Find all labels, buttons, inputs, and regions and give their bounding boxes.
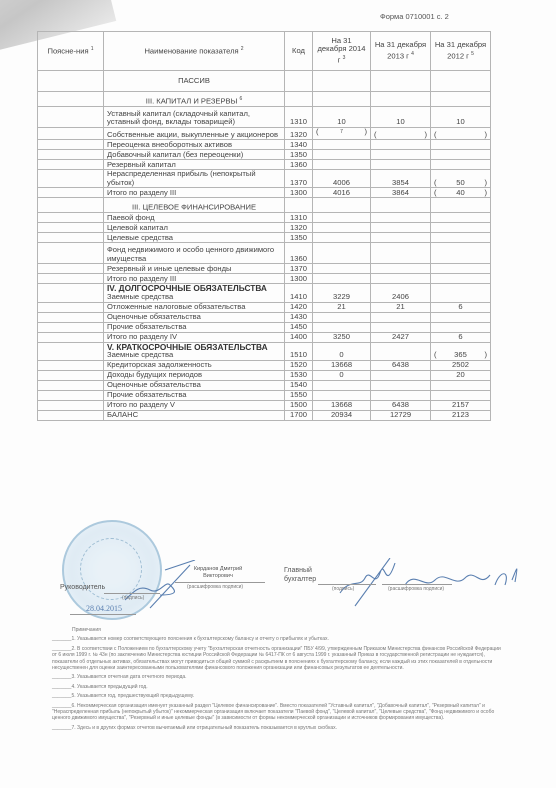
- value-2012: [431, 213, 491, 223]
- note-cell: [38, 400, 104, 410]
- value-2012: 20: [431, 370, 491, 380]
- row-label: Итого по разделу V: [104, 400, 285, 410]
- row-label: Резервный капитал: [104, 160, 285, 170]
- section-heading: III. КАПИТАЛ И РЕЗЕРВЫ 6: [104, 92, 285, 107]
- table-row: Резервный капитал1360: [38, 160, 491, 170]
- note-cell: [38, 302, 104, 312]
- row-code: 1520: [285, 360, 313, 370]
- value-2014: 10: [313, 107, 371, 128]
- value-2013: [371, 380, 431, 390]
- row-label: Итого по разделу IV: [104, 332, 285, 342]
- header-note: Поясне-ния 1: [38, 32, 104, 71]
- value-2012: 2157: [431, 400, 491, 410]
- value-2012: [431, 150, 491, 160]
- empty-cell: [313, 198, 371, 213]
- value-2012: [431, 284, 491, 302]
- value-2014: [313, 140, 371, 150]
- value-2013: [371, 243, 431, 264]
- footnotes: Примечания _______1. Указывается номер с…: [52, 627, 502, 734]
- note-cell: [38, 140, 104, 150]
- empty-cell: [371, 198, 431, 213]
- value-2014: [313, 160, 371, 170]
- footnote-item: _______3. Указывается отчетная дата отче…: [52, 674, 502, 680]
- note-cell: [38, 71, 104, 92]
- empty-cell: [285, 92, 313, 107]
- note-cell: [38, 274, 104, 284]
- header-2012: На 31 декабря 2012 г 5: [431, 32, 491, 71]
- note-cell: [38, 390, 104, 400]
- section-heading-with-item: V. КРАТКОСРОЧНЫЕ ОБЯЗАТЕЛЬСТВАЗаемные ср…: [104, 342, 285, 360]
- note-cell: [38, 380, 104, 390]
- row-code: 1420: [285, 302, 313, 312]
- row-label: Итого по разделу III: [104, 274, 285, 284]
- value-2013: 2427: [371, 332, 431, 342]
- empty-cell: [285, 198, 313, 213]
- value-2012: [431, 223, 491, 233]
- value-2012: [431, 233, 491, 243]
- note-cell: [38, 188, 104, 198]
- row-code: 1320: [285, 128, 313, 140]
- table-row: Отложенные налоговые обязательства142021…: [38, 302, 491, 312]
- note-cell: [38, 107, 104, 128]
- row-code: 1370: [285, 170, 313, 188]
- value-2014: [313, 150, 371, 160]
- value-2012: [431, 390, 491, 400]
- value-2013: [371, 322, 431, 332]
- value-2014: 4016: [313, 188, 371, 198]
- section-heading-with-item: IV. ДОЛГОСРОЧНЫЕ ОБЯЗАТЕЛЬСТВАЗаемные ср…: [104, 284, 285, 302]
- row-label: Прочие обязательства: [104, 322, 285, 332]
- note-cell: [38, 128, 104, 140]
- header-2013: На 31 декабря 2013 г 4: [371, 32, 431, 71]
- row-code: 1400: [285, 332, 313, 342]
- value-2014: 21: [313, 302, 371, 312]
- value-2013: 6438: [371, 400, 431, 410]
- value-2012: [431, 264, 491, 274]
- value-2014: [313, 380, 371, 390]
- note-cell: [38, 370, 104, 380]
- header-name: Наименование показателя 2: [104, 32, 285, 71]
- chief-sign-line: [318, 584, 376, 585]
- date-line: [70, 614, 136, 615]
- table-row: Целевые средства1350: [38, 233, 491, 243]
- value-2012: (): [431, 128, 491, 140]
- value-2014: [313, 233, 371, 243]
- note-cell: [38, 284, 104, 302]
- value-2012: [431, 160, 491, 170]
- value-2014: [313, 390, 371, 400]
- empty-cell: [431, 198, 491, 213]
- row-code: 1530: [285, 370, 313, 380]
- row-code: 1410: [285, 284, 313, 302]
- value-2013: (): [371, 128, 431, 140]
- value-2014: (7): [313, 128, 371, 140]
- row-code: 1310: [285, 213, 313, 223]
- value-2012: [431, 274, 491, 284]
- value-2012: 6: [431, 302, 491, 312]
- table-row: Собственные акции, выкупленные у акционе…: [38, 128, 491, 140]
- value-2014: 13668: [313, 400, 371, 410]
- note-cell: [38, 198, 104, 213]
- table-row: Прочие обязательства1450: [38, 322, 491, 332]
- value-2013: 2406: [371, 284, 431, 302]
- footnote-item: _______2. В соответствии с Положением по…: [52, 646, 502, 672]
- table-row: Доходы будущих периодов1530020: [38, 370, 491, 380]
- row-code: 1540: [285, 380, 313, 390]
- table-row: Оценочные обязательства1430: [38, 312, 491, 322]
- row-label: Оценочные обязательства: [104, 312, 285, 322]
- header-2014: На 31 декабря 2014 г 3: [313, 32, 371, 71]
- footnotes-title: Примечания: [72, 627, 502, 633]
- note-cell: [38, 160, 104, 170]
- table-row: БАЛАНС170020934127292123: [38, 410, 491, 420]
- value-2014: 20934: [313, 410, 371, 420]
- row-label: Кредиторская задолженность: [104, 360, 285, 370]
- section-heading: III. ЦЕЛЕВОЕ ФИНАНСИРОВАНИЕ: [104, 198, 285, 213]
- table-row: Итого по разделу IV1400325024276: [38, 332, 491, 342]
- value-2014: [313, 264, 371, 274]
- value-2013: 12729: [371, 410, 431, 420]
- row-label: Целевой капитал: [104, 223, 285, 233]
- row-code: 1370: [285, 264, 313, 274]
- table-row: III. КАПИТАЛ И РЕЗЕРВЫ 6: [38, 92, 491, 107]
- row-label: Итого по разделу III: [104, 188, 285, 198]
- note-cell: [38, 342, 104, 360]
- row-label: Доходы будущих периодов: [104, 370, 285, 380]
- value-2013: [371, 390, 431, 400]
- head-label: Руководитель: [60, 584, 105, 591]
- note-cell: [38, 312, 104, 322]
- table-row: Резервный и иные целевые фонды1370: [38, 264, 491, 274]
- table-row: Кредиторская задолженность15201366864382…: [38, 360, 491, 370]
- value-2013: 3864: [371, 188, 431, 198]
- table-row: Фонд недвижимого и особо ценного движимо…: [38, 243, 491, 264]
- balance-sheet-table: Поясне-ния 1 Наименование показателя 2 К…: [37, 31, 491, 421]
- table-row: Целевой капитал1320: [38, 223, 491, 233]
- table-row: Итого по разделу III1300: [38, 274, 491, 284]
- value-2014: [313, 274, 371, 284]
- footnote-item: _______5. Указывается год, предшествующи…: [52, 693, 502, 699]
- value-2012: 6: [431, 332, 491, 342]
- value-2013: [371, 264, 431, 274]
- table-row: Уставный капитал (складочный капитал, ус…: [38, 107, 491, 128]
- value-2012: [431, 312, 491, 322]
- head-name-line: [175, 582, 265, 583]
- value-2014: 13668: [313, 360, 371, 370]
- note-cell: [38, 264, 104, 274]
- empty-cell: [313, 92, 371, 107]
- note-cell: [38, 170, 104, 188]
- note-cell: [38, 243, 104, 264]
- table-header-row: Поясне-ния 1 Наименование показателя 2 К…: [38, 32, 491, 71]
- note-cell: [38, 150, 104, 160]
- footnote-item: _______6. Некоммерческая организация име…: [52, 703, 502, 722]
- table-row: Итого по разделу V15001366864382157: [38, 400, 491, 410]
- row-label: Отложенные налоговые обязательства: [104, 302, 285, 312]
- value-2013: [371, 312, 431, 322]
- row-code: 1550: [285, 390, 313, 400]
- section-title-row: ПАССИВ: [38, 71, 491, 92]
- chief-sign-caption: (подпись): [332, 586, 354, 592]
- table-row: Переоценка внеоборотных активов1340: [38, 140, 491, 150]
- row-code: 1300: [285, 188, 313, 198]
- value-2013: [371, 140, 431, 150]
- value-2013: 3854: [371, 170, 431, 188]
- section-title: ПАССИВ: [104, 71, 285, 92]
- value-2014: 3229: [313, 284, 371, 302]
- row-code: 1500: [285, 400, 313, 410]
- row-label: Переоценка внеоборотных активов: [104, 140, 285, 150]
- empty-cell: [431, 92, 491, 107]
- value-2014: [313, 213, 371, 223]
- value-2013: 6438: [371, 360, 431, 370]
- value-2014: [313, 322, 371, 332]
- footnote-item: _______1. Указывается номер соответствую…: [52, 636, 502, 642]
- value-2013: 21: [371, 302, 431, 312]
- footnote-item: _______7. Здесь и в других формах отчето…: [52, 725, 502, 731]
- value-2014: 0: [313, 370, 371, 380]
- row-code: 1700: [285, 410, 313, 420]
- value-2013: [371, 150, 431, 160]
- head-sign-line: [104, 593, 160, 594]
- value-2012: [431, 243, 491, 264]
- value-2013: 10: [371, 107, 431, 128]
- empty-cell: [371, 92, 431, 107]
- table-row: Итого по разделу III130040163864(40): [38, 188, 491, 198]
- table-row: Добавочный капитал (без переоценки)1350: [38, 150, 491, 160]
- header-code: Код: [285, 32, 313, 71]
- row-code: 1510: [285, 342, 313, 360]
- value-2013: [371, 213, 431, 223]
- value-2012: (50): [431, 170, 491, 188]
- table-row: Нераспределенная прибыль (непокрытый убы…: [38, 170, 491, 188]
- head-name: Кирданов Дмитрий Викторович: [183, 566, 253, 580]
- row-code: 1360: [285, 243, 313, 264]
- value-2012: 10: [431, 107, 491, 128]
- table-row: Прочие обязательства1550: [38, 390, 491, 400]
- table-row: IV. ДОЛГОСРОЧНЫЕ ОБЯЗАТЕЛЬСТВАЗаемные ср…: [38, 284, 491, 302]
- row-label: Уставный капитал (складочный капитал, ус…: [104, 107, 285, 128]
- value-2012: [431, 140, 491, 150]
- value-2013: [371, 370, 431, 380]
- note-cell: [38, 332, 104, 342]
- row-label: Фонд недвижимого и особо ценного движимо…: [104, 243, 285, 264]
- value-2013: [371, 342, 431, 360]
- value-2013: [371, 233, 431, 243]
- note-cell: [38, 213, 104, 223]
- row-code: 1350: [285, 233, 313, 243]
- value-2013: [371, 274, 431, 284]
- value-2012: (40): [431, 188, 491, 198]
- signature-date: 28.04.2015: [86, 604, 122, 613]
- table-row: Оценочные обязательства1540: [38, 380, 491, 390]
- row-code: 1360: [285, 160, 313, 170]
- note-cell: [38, 233, 104, 243]
- row-code: 1320: [285, 223, 313, 233]
- row-code: 1450: [285, 322, 313, 332]
- head-name-caption: (расшифровка подписи): [187, 584, 243, 590]
- note-cell: [38, 92, 104, 107]
- value-2012: [431, 322, 491, 332]
- row-label: Целевые средства: [104, 233, 285, 243]
- note-cell: [38, 410, 104, 420]
- row-label: Собственные акции, выкупленные у акционе…: [104, 128, 285, 140]
- row-label: БАЛАНС: [104, 410, 285, 420]
- note-cell: [38, 322, 104, 332]
- value-2014: 0: [313, 342, 371, 360]
- note-cell: [38, 223, 104, 233]
- table-row: III. ЦЕЛЕВОЕ ФИНАНСИРОВАНИЕ: [38, 198, 491, 213]
- value-2013: [371, 160, 431, 170]
- row-code: 1340: [285, 140, 313, 150]
- chief-accountant-name-handwritten: [400, 560, 520, 600]
- row-label: Резервный и иные целевые фонды: [104, 264, 285, 274]
- row-label: Нераспределенная прибыль (непокрытый убы…: [104, 170, 285, 188]
- chief-name-caption: (расшифровка подписи): [388, 586, 444, 592]
- value-2014: [313, 243, 371, 264]
- row-code: 1300: [285, 274, 313, 284]
- value-2012: 2502: [431, 360, 491, 370]
- value-2012: 2123: [431, 410, 491, 420]
- row-code: 1430: [285, 312, 313, 322]
- footnote-item: _______4. Указывается предыдущий год.: [52, 684, 502, 690]
- value-2014: [313, 223, 371, 233]
- value-2014: 4006: [313, 170, 371, 188]
- row-label: Паевой фонд: [104, 213, 285, 223]
- table-row: V. КРАТКОСРОЧНЫЕ ОБЯЗАТЕЛЬСТВАЗаемные ср…: [38, 342, 491, 360]
- row-label: Добавочный капитал (без переоценки): [104, 150, 285, 160]
- chief-name-line: [382, 584, 452, 585]
- form-code: Форма 0710001 с. 2: [380, 12, 449, 21]
- head-sign-caption: (подпись): [122, 595, 144, 601]
- row-code: 1310: [285, 107, 313, 128]
- value-2012: (365): [431, 342, 491, 360]
- value-2013: [371, 223, 431, 233]
- chief-accountant-label: Главныйбухгалтер: [284, 566, 316, 584]
- note-cell: [38, 360, 104, 370]
- value-2012: [431, 380, 491, 390]
- table-row: Паевой фонд1310: [38, 213, 491, 223]
- value-2014: 3250: [313, 332, 371, 342]
- row-label: Прочие обязательства: [104, 390, 285, 400]
- row-label: Оценочные обязательства: [104, 380, 285, 390]
- row-code: 1350: [285, 150, 313, 160]
- chief-accountant-signature: [335, 558, 405, 608]
- value-2014: [313, 312, 371, 322]
